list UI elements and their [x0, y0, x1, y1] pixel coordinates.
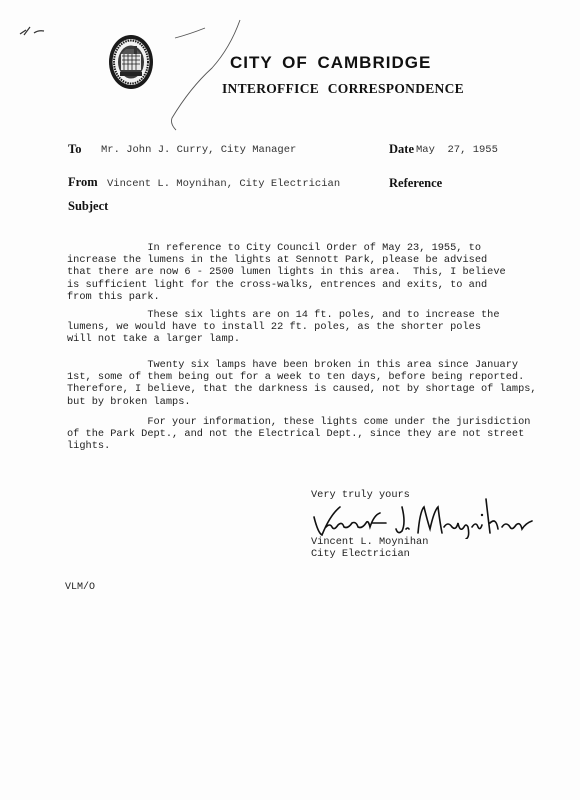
city-seal-icon: [108, 34, 154, 90]
date-label: Date: [389, 142, 414, 157]
memo-page: CITY OF CAMBRIDGE INTEROFFICE CORRESPOND…: [0, 0, 580, 800]
body-paragraph: For your information, these lights come …: [67, 416, 537, 453]
to-value: Mr. John J. Curry, City Manager: [101, 144, 296, 156]
subject-label: Subject: [68, 199, 108, 214]
from-value: Vincent L. Moynihan, City Electrician: [107, 178, 340, 190]
body-paragraph: These six lights are on 14 ft. poles, an…: [67, 309, 537, 346]
signatory-title: City Electrician: [311, 548, 410, 560]
to-label: To: [68, 142, 81, 157]
handwritten-signature-icon: Vincent L. Moynihan: [310, 493, 550, 539]
body-paragraph: In reference to City Council Order of Ma…: [67, 242, 537, 303]
stray-mark-icon: [18, 24, 58, 38]
document-type-title: INTEROFFICE CORRESPONDENCE: [222, 81, 464, 97]
typist-initials: VLM/O: [65, 582, 95, 593]
pen-stroke-icon: [150, 18, 250, 133]
organization-title: CITY OF CAMBRIDGE: [230, 53, 431, 73]
from-label: From: [68, 175, 98, 190]
reference-label: Reference: [389, 176, 442, 191]
body-paragraph: Twenty six lamps have been broken in thi…: [67, 359, 537, 408]
signatory-name: Vincent L. Moynihan: [311, 536, 428, 548]
date-value: May 27, 1955: [416, 144, 498, 156]
